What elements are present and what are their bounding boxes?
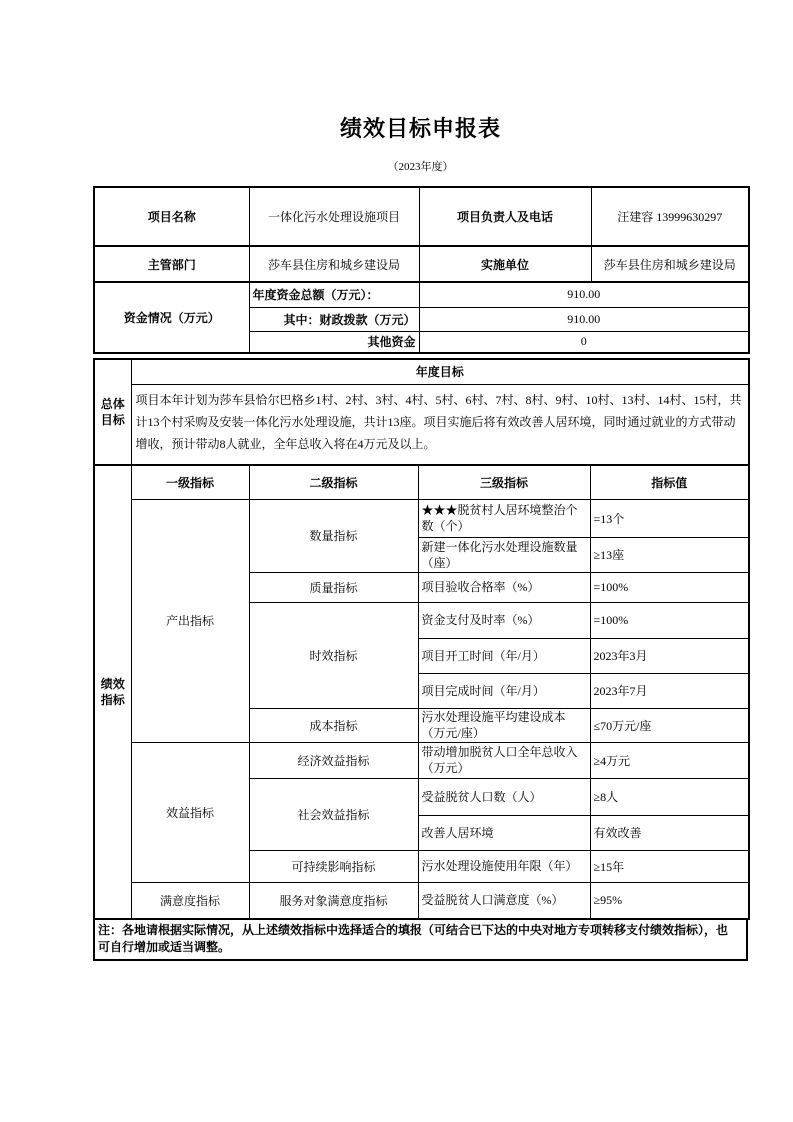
indicators-side-text: 绩效指标 — [100, 676, 126, 708]
value-cell: ≥4万元 — [590, 742, 749, 778]
info-table: 项目名称 一体化污水处理设施项目 项目负责人及电话 汪建容 1399963029… — [93, 186, 750, 354]
level2-cell-quality: 质量指标 — [249, 572, 418, 602]
header-value: 指标值 — [590, 465, 749, 499]
level2-cell-economic: 经济效益指标 — [249, 742, 418, 778]
value-cell: =100% — [590, 602, 749, 638]
indicators-table: 绩效指标 一级指标 二级指标 三级指标 指标值 产出指标 数量指标 ★★★脱贫村… — [93, 464, 750, 920]
level1-cell-satisfaction: 满意度指标 — [131, 882, 249, 919]
value-cell: ≥15年 — [590, 850, 749, 882]
supervisor-dept-label: 主管部门 — [94, 246, 249, 282]
value-cell: ≥8人 — [590, 778, 749, 815]
document-content: 绩效目标申报表 （2023年度） 项目名称 一体化污水处理设施项目 项目负责人及… — [93, 0, 748, 961]
level2-cell-timeliness: 时效指标 — [249, 602, 418, 708]
annual-total-label: 年度资金总额（万元）： — [249, 282, 419, 307]
fiscal-allocation-value: 910.00 — [419, 307, 749, 331]
project-name-value: 一体化污水处理设施项目 — [249, 187, 419, 246]
value-cell: ≥13座 — [590, 537, 749, 572]
indicator-row: 满意度指标 服务对象满意度指标 受益脱贫人口满意度（%） ≥95% — [94, 882, 749, 919]
level3-cell: 改善人居环境 — [418, 815, 590, 850]
other-funds-value: 0 — [419, 331, 749, 353]
value-cell: =100% — [590, 572, 749, 602]
header-level3: 三级指标 — [418, 465, 590, 499]
level1-cell-output: 产出指标 — [131, 499, 249, 742]
implementing-unit-value: 莎车县住房和城乡建设局 — [591, 246, 749, 282]
fiscal-allocation-label: 其中：财政拨款（万元） — [249, 307, 419, 331]
level2-cell-sustainable: 可持续影响指标 — [249, 850, 418, 882]
value-cell: ≥95% — [590, 882, 749, 919]
level3-cell: 受益脱贫人口数（人） — [418, 778, 590, 815]
other-funds-label: 其他资金 — [249, 331, 419, 353]
level3-cell: 受益脱贫人口满意度（%） — [418, 882, 590, 919]
level3-cell: 新建一体化污水处理设施数量（座） — [418, 537, 590, 572]
annual-goal-header: 年度目标 — [131, 359, 749, 384]
note-text: 注：各地请根据实际情况，从上述绩效指标中选择适合的填报（可结合已下达的中央对地方… — [93, 918, 748, 961]
annual-total-value: 910.00 — [419, 282, 749, 307]
project-manager-label: 项目负责人及电话 — [419, 187, 591, 246]
supervisor-dept-value: 莎车县住房和城乡建设局 — [249, 246, 419, 282]
page-title: 绩效目标申报表 — [93, 114, 748, 144]
page-subtitle: （2023年度） — [93, 160, 748, 174]
header-level2: 二级指标 — [249, 465, 418, 499]
annual-goal-text: 项目本年计划为莎车县恰尔巴格乡1村、2村、3村、4村、5村、6村、7村、8村、9… — [131, 384, 749, 465]
project-name-label: 项目名称 — [94, 187, 249, 246]
indicator-row: 产出指标 数量指标 ★★★脱贫村人居环境整治个数（个） =13个 — [94, 499, 749, 537]
level3-cell: 污水处理设施平均建设成本（万元/座） — [418, 708, 590, 742]
level2-cell-service-satisfaction: 服务对象满意度指标 — [249, 882, 418, 919]
indicators-side-label: 绩效指标 — [94, 465, 131, 919]
header-level1: 一级指标 — [131, 465, 249, 499]
value-cell: ≤70万元/座 — [590, 708, 749, 742]
level3-cell: ★★★脱贫村人居环境整治个数（个） — [418, 499, 590, 537]
project-manager-value: 汪建容 13999630297 — [591, 187, 749, 246]
overall-goal-side-text: 总体目标 — [100, 396, 126, 428]
level3-cell: 项目验收合格率（%） — [418, 572, 590, 602]
level2-cell-social: 社会效益指标 — [249, 778, 418, 850]
overall-goal-side-label: 总体目标 — [94, 359, 131, 465]
level1-cell-benefit: 效益指标 — [131, 742, 249, 882]
level3-cell: 资金支付及时率（%） — [418, 602, 590, 638]
level3-cell: 项目开工时间（年/月） — [418, 638, 590, 673]
value-cell: 2023年3月 — [590, 638, 749, 673]
indicator-row: 效益指标 经济效益指标 带动增加脱贫人口全年总收入（万元） ≥4万元 — [94, 742, 749, 778]
value-cell: 有效改善 — [590, 815, 749, 850]
funding-section-label: 资金情况（万元） — [94, 282, 249, 353]
document-page: 绩效目标申报表 （2023年度） 项目名称 一体化污水处理设施项目 项目负责人及… — [0, 0, 793, 1122]
level2-cell-quantity: 数量指标 — [249, 499, 418, 572]
level2-cell-cost: 成本指标 — [249, 708, 418, 742]
implementing-unit-label: 实施单位 — [419, 246, 591, 282]
overall-goal-table: 总体目标 年度目标 项目本年计划为莎车县恰尔巴格乡1村、2村、3村、4村、5村、… — [93, 358, 750, 466]
level3-cell: 污水处理设施使用年限（年） — [418, 850, 590, 882]
level3-cell: 项目完成时间（年/月） — [418, 673, 590, 708]
value-cell: 2023年7月 — [590, 673, 749, 708]
value-cell: =13个 — [590, 499, 749, 537]
level3-cell: 带动增加脱贫人口全年总收入（万元） — [418, 742, 590, 778]
